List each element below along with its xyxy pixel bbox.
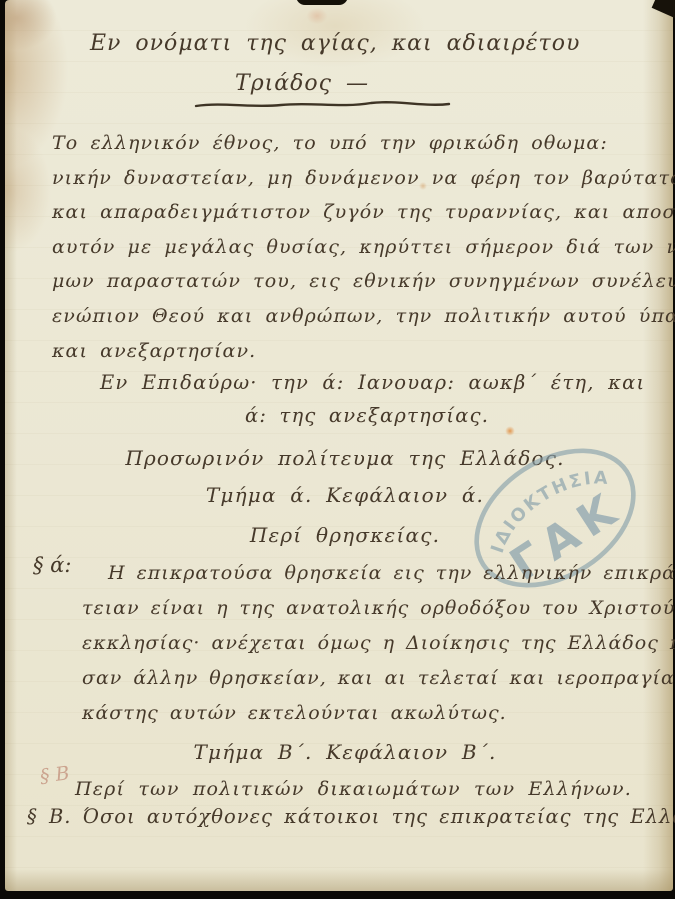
torn-edge-notch	[296, 0, 348, 5]
declaration-paragraph: Το ελληνικόν έθνος, το υπό την φρικώδη ο…	[52, 126, 647, 368]
invocation-line-2: Τριάδος —	[90, 64, 560, 104]
manuscript-line: και ανεξαρτησίαν.	[52, 334, 647, 369]
manuscript-line: μων παραστατών του, εις εθνικήν συνηγμέν…	[52, 264, 647, 299]
wavy-rule	[193, 99, 453, 111]
dateline-independence-year: ά: της ανεξαρτησίας.	[245, 404, 489, 427]
manuscript-line: Το ελληνικόν έθνος, το υπό την φρικώδη ο…	[52, 126, 647, 161]
article-b-first-line: § Β. Όσοι αυτόχθονες κάτοικοι της επικρα…	[27, 805, 667, 828]
dateline-place-date: Εν Επιδαύρω· την ά: Ιανουαρ: αωκβ΄ έτη, …	[100, 371, 645, 394]
manuscript-scan: Εν ονόματι της αγίας, και αδιαιρέτου Τρι…	[0, 0, 675, 899]
manuscript-line: κάστης αυτών εκτελούνται ακωλύτως.	[82, 696, 647, 731]
manuscript-line: αυτόν με μεγάλας θυσίας, κηρύττει σήμερο…	[52, 230, 647, 265]
invocation-line-1: Εν ονόματι της αγίας, και αδιαιρέτου	[90, 24, 560, 64]
heading-civil-rights: Περί των πολιτικών δικαιωμάτων των Ελλήν…	[75, 778, 615, 800]
wavy-rule-stroke	[196, 102, 449, 106]
manuscript-line: σαν άλλην θρησκείαν, και αι τελεταί και …	[82, 661, 647, 696]
article-b-red-margin-marker: § Β	[39, 762, 71, 787]
manuscript-line: τειαν είναι η της ανατολικής ορθοδόξου τ…	[82, 591, 647, 626]
manuscript-line: και απαραδειγμάτιστον ζυγόν της τυραννία…	[52, 195, 647, 230]
manuscript-line: Η επικρατούσα θρησκεία εις την ελληνικήν…	[82, 556, 647, 591]
manuscript-line: εκκλησίας· ανέχεται όμως η Διοίκησις της…	[82, 626, 647, 661]
manuscript-line: ενώπιον Θεού και ανθρώπων, την πολιτικήν…	[52, 299, 647, 334]
manuscript-line: νικήν δυναστείαν, μη δυνάμενον να φέρη τ…	[52, 161, 647, 196]
article-a-paragraph: Η επικρατούσα θρησκεία εις την ελληνικήν…	[82, 556, 647, 731]
article-a-margin-marker: § ά:	[33, 553, 71, 577]
invocation-title: Εν ονόματι της αγίας, και αδιαιρέτου Τρι…	[90, 24, 560, 104]
heading-section-b: Τμήμα Β΄. Κεφάλαιον Β΄.	[75, 740, 615, 764]
